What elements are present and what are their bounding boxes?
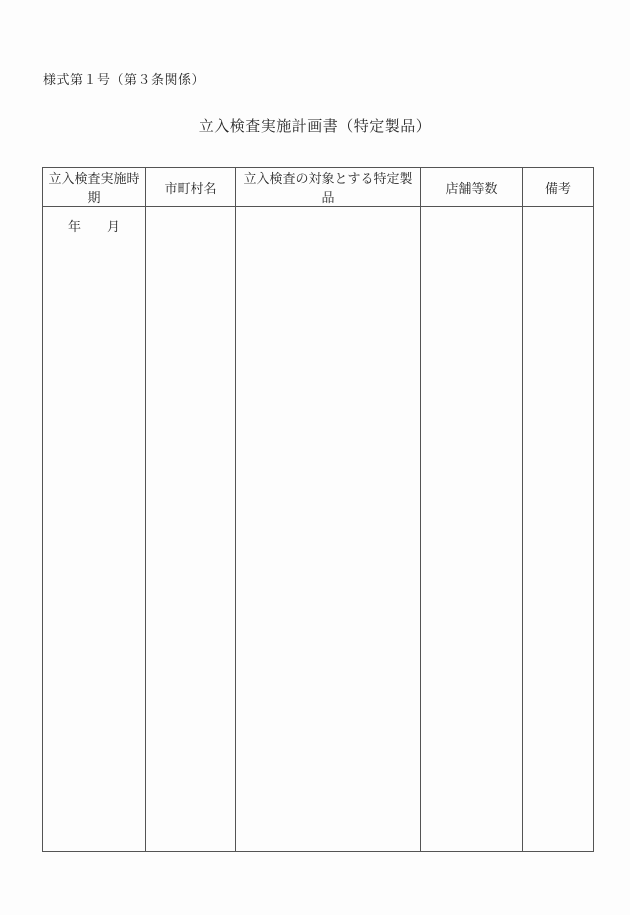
header-cell-store-count: 店舗等数 [421, 168, 523, 207]
cell-municipality-value [146, 207, 236, 852]
document-page: 様式第１号（第３条関係） 立入検査実施計画書（特定製品） 立入検査実施時期 市町… [0, 0, 630, 915]
cell-store-count-value [421, 207, 523, 852]
table-row: 年 月 [43, 207, 594, 852]
table-header-row: 立入検査実施時期 市町村名 立入検査の対象とする特定製品 店舗等数 備考 [43, 168, 594, 207]
header-cell-inspection-period: 立入検査実施時期 [43, 168, 146, 207]
inspection-plan-table: 立入検査実施時期 市町村名 立入検査の対象とする特定製品 店舗等数 備考 年 月 [42, 167, 594, 852]
cell-target-products-value [236, 207, 421, 852]
cell-year-month: 年 月 [43, 207, 146, 852]
document-title: 立入検査実施計画書（特定製品） [0, 115, 630, 136]
cell-remarks-value [523, 207, 594, 852]
header-cell-target-products: 立入検査の対象とする特定製品 [236, 168, 421, 207]
form-number-label: 様式第１号（第３条関係） [43, 69, 205, 88]
header-cell-municipality: 市町村名 [146, 168, 236, 207]
header-cell-remarks: 備考 [523, 168, 594, 207]
